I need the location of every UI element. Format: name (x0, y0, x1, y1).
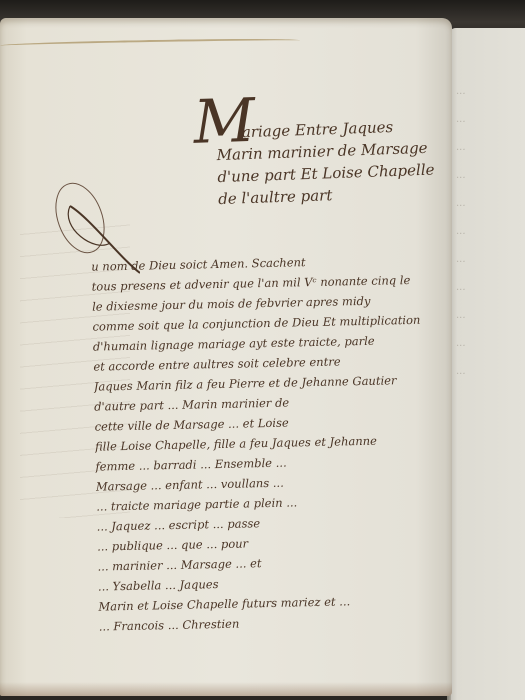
faint-line: ... (456, 274, 525, 302)
facing-page: ... ... ... ... ... ... ... ... ... ... … (448, 28, 525, 700)
facing-page-text: ... ... ... ... ... ... ... ... ... ... … (456, 78, 525, 386)
heading-initial: M (193, 91, 256, 153)
contract-text: u nom de Dieu soict Amen. Scachent tous … (91, 249, 444, 636)
faint-line: ... (456, 302, 525, 330)
faint-line: ... (456, 246, 525, 274)
faint-line: ... (456, 78, 525, 106)
faint-line: ... (456, 106, 525, 134)
entry-heading: M ariage Entre Jaques Marin marinier de … (214, 114, 452, 210)
faint-line: ... (456, 330, 525, 358)
faint-line: ... (456, 162, 525, 190)
page-edge-stain (0, 682, 452, 696)
faint-line: ... (456, 134, 525, 162)
page-fold (0, 37, 300, 48)
faint-line: ... (456, 358, 525, 386)
manuscript-page: M ariage Entre Jaques Marin marinier de … (0, 18, 452, 696)
faint-line: ... (456, 190, 525, 218)
faint-line: ... (456, 218, 525, 246)
